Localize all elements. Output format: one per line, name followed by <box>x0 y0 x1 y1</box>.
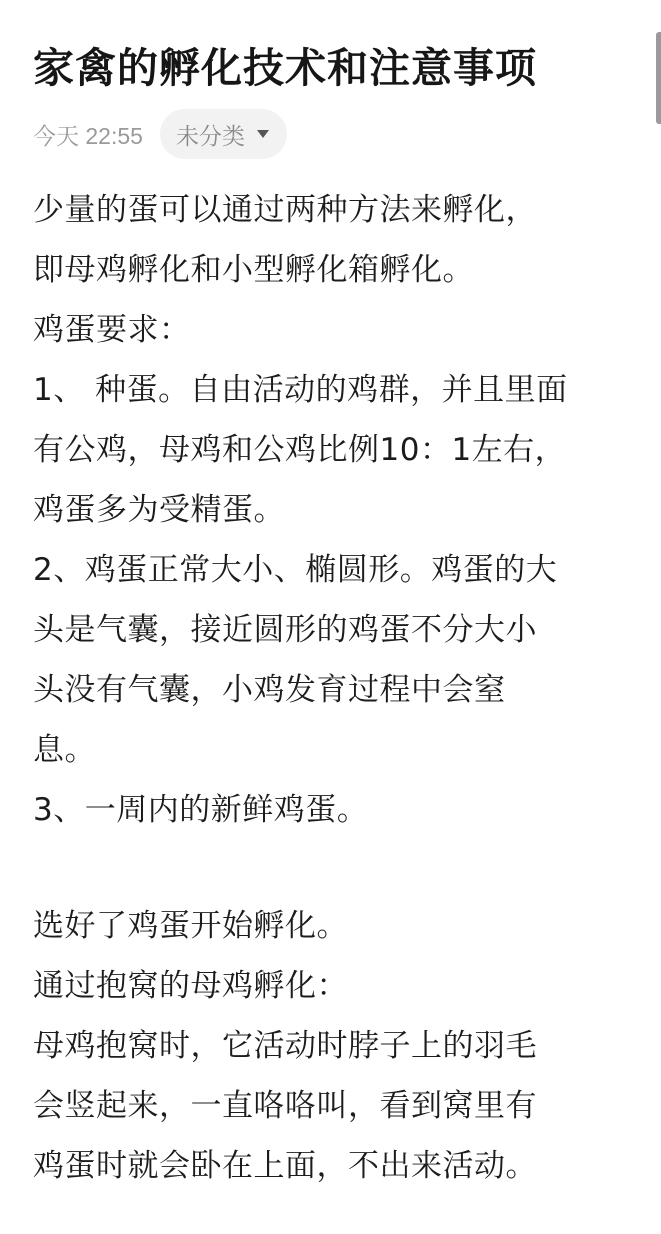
note-meta: 今天 22:55 未分类 <box>33 109 287 159</box>
body-line: 母鸡抱窝时，它活动时脖子上的羽毛 <box>33 1016 633 1076</box>
body-line: 选好了鸡蛋开始孵化。 <box>33 896 633 956</box>
body-line: 2、鸡蛋正常大小、椭圆形。鸡蛋的大 <box>33 540 633 600</box>
note-body[interactable]: 少量的蛋可以通过两种方法来孵化， 即母鸡孵化和小型孵化箱孵化。 鸡蛋要求： 1、… <box>33 180 633 1196</box>
category-label: 未分类 <box>176 118 245 151</box>
body-line: 少量的蛋可以通过两种方法来孵化， <box>33 180 633 240</box>
note-timestamp: 今天 22:55 <box>33 118 143 151</box>
category-dropdown[interactable]: 未分类 <box>160 109 287 159</box>
body-blank-line <box>33 840 633 896</box>
body-line: 鸡蛋要求： <box>33 300 633 360</box>
caret-down-icon <box>257 130 269 138</box>
body-line: 头是气囊，接近圆形的鸡蛋不分大小 <box>33 600 633 660</box>
body-line: 通过抱窝的母鸡孵化： <box>33 956 633 1016</box>
body-line: 即母鸡孵化和小型孵化箱孵化。 <box>33 240 633 300</box>
body-line: 头没有气囊，小鸡发育过程中会窒 <box>33 660 633 720</box>
scrollbar[interactable] <box>656 32 661 124</box>
body-line: 1、 种蛋。自由活动的鸡群，并且里面 <box>33 360 633 420</box>
body-line: 会竖起来，一直咯咯叫，看到窝里有 <box>33 1076 633 1136</box>
body-line: 息。 <box>33 720 633 780</box>
body-line: 有公鸡，母鸡和公鸡比例10：1左右， <box>33 420 633 480</box>
body-line: 3、一周内的新鲜鸡蛋。 <box>33 780 633 840</box>
body-line: 鸡蛋多为受精蛋。 <box>33 480 633 540</box>
note-title[interactable]: 家禽的孵化技术和注意事项 <box>33 38 537 98</box>
body-line: 鸡蛋时就会卧在上面，不出来活动。 <box>33 1136 633 1196</box>
